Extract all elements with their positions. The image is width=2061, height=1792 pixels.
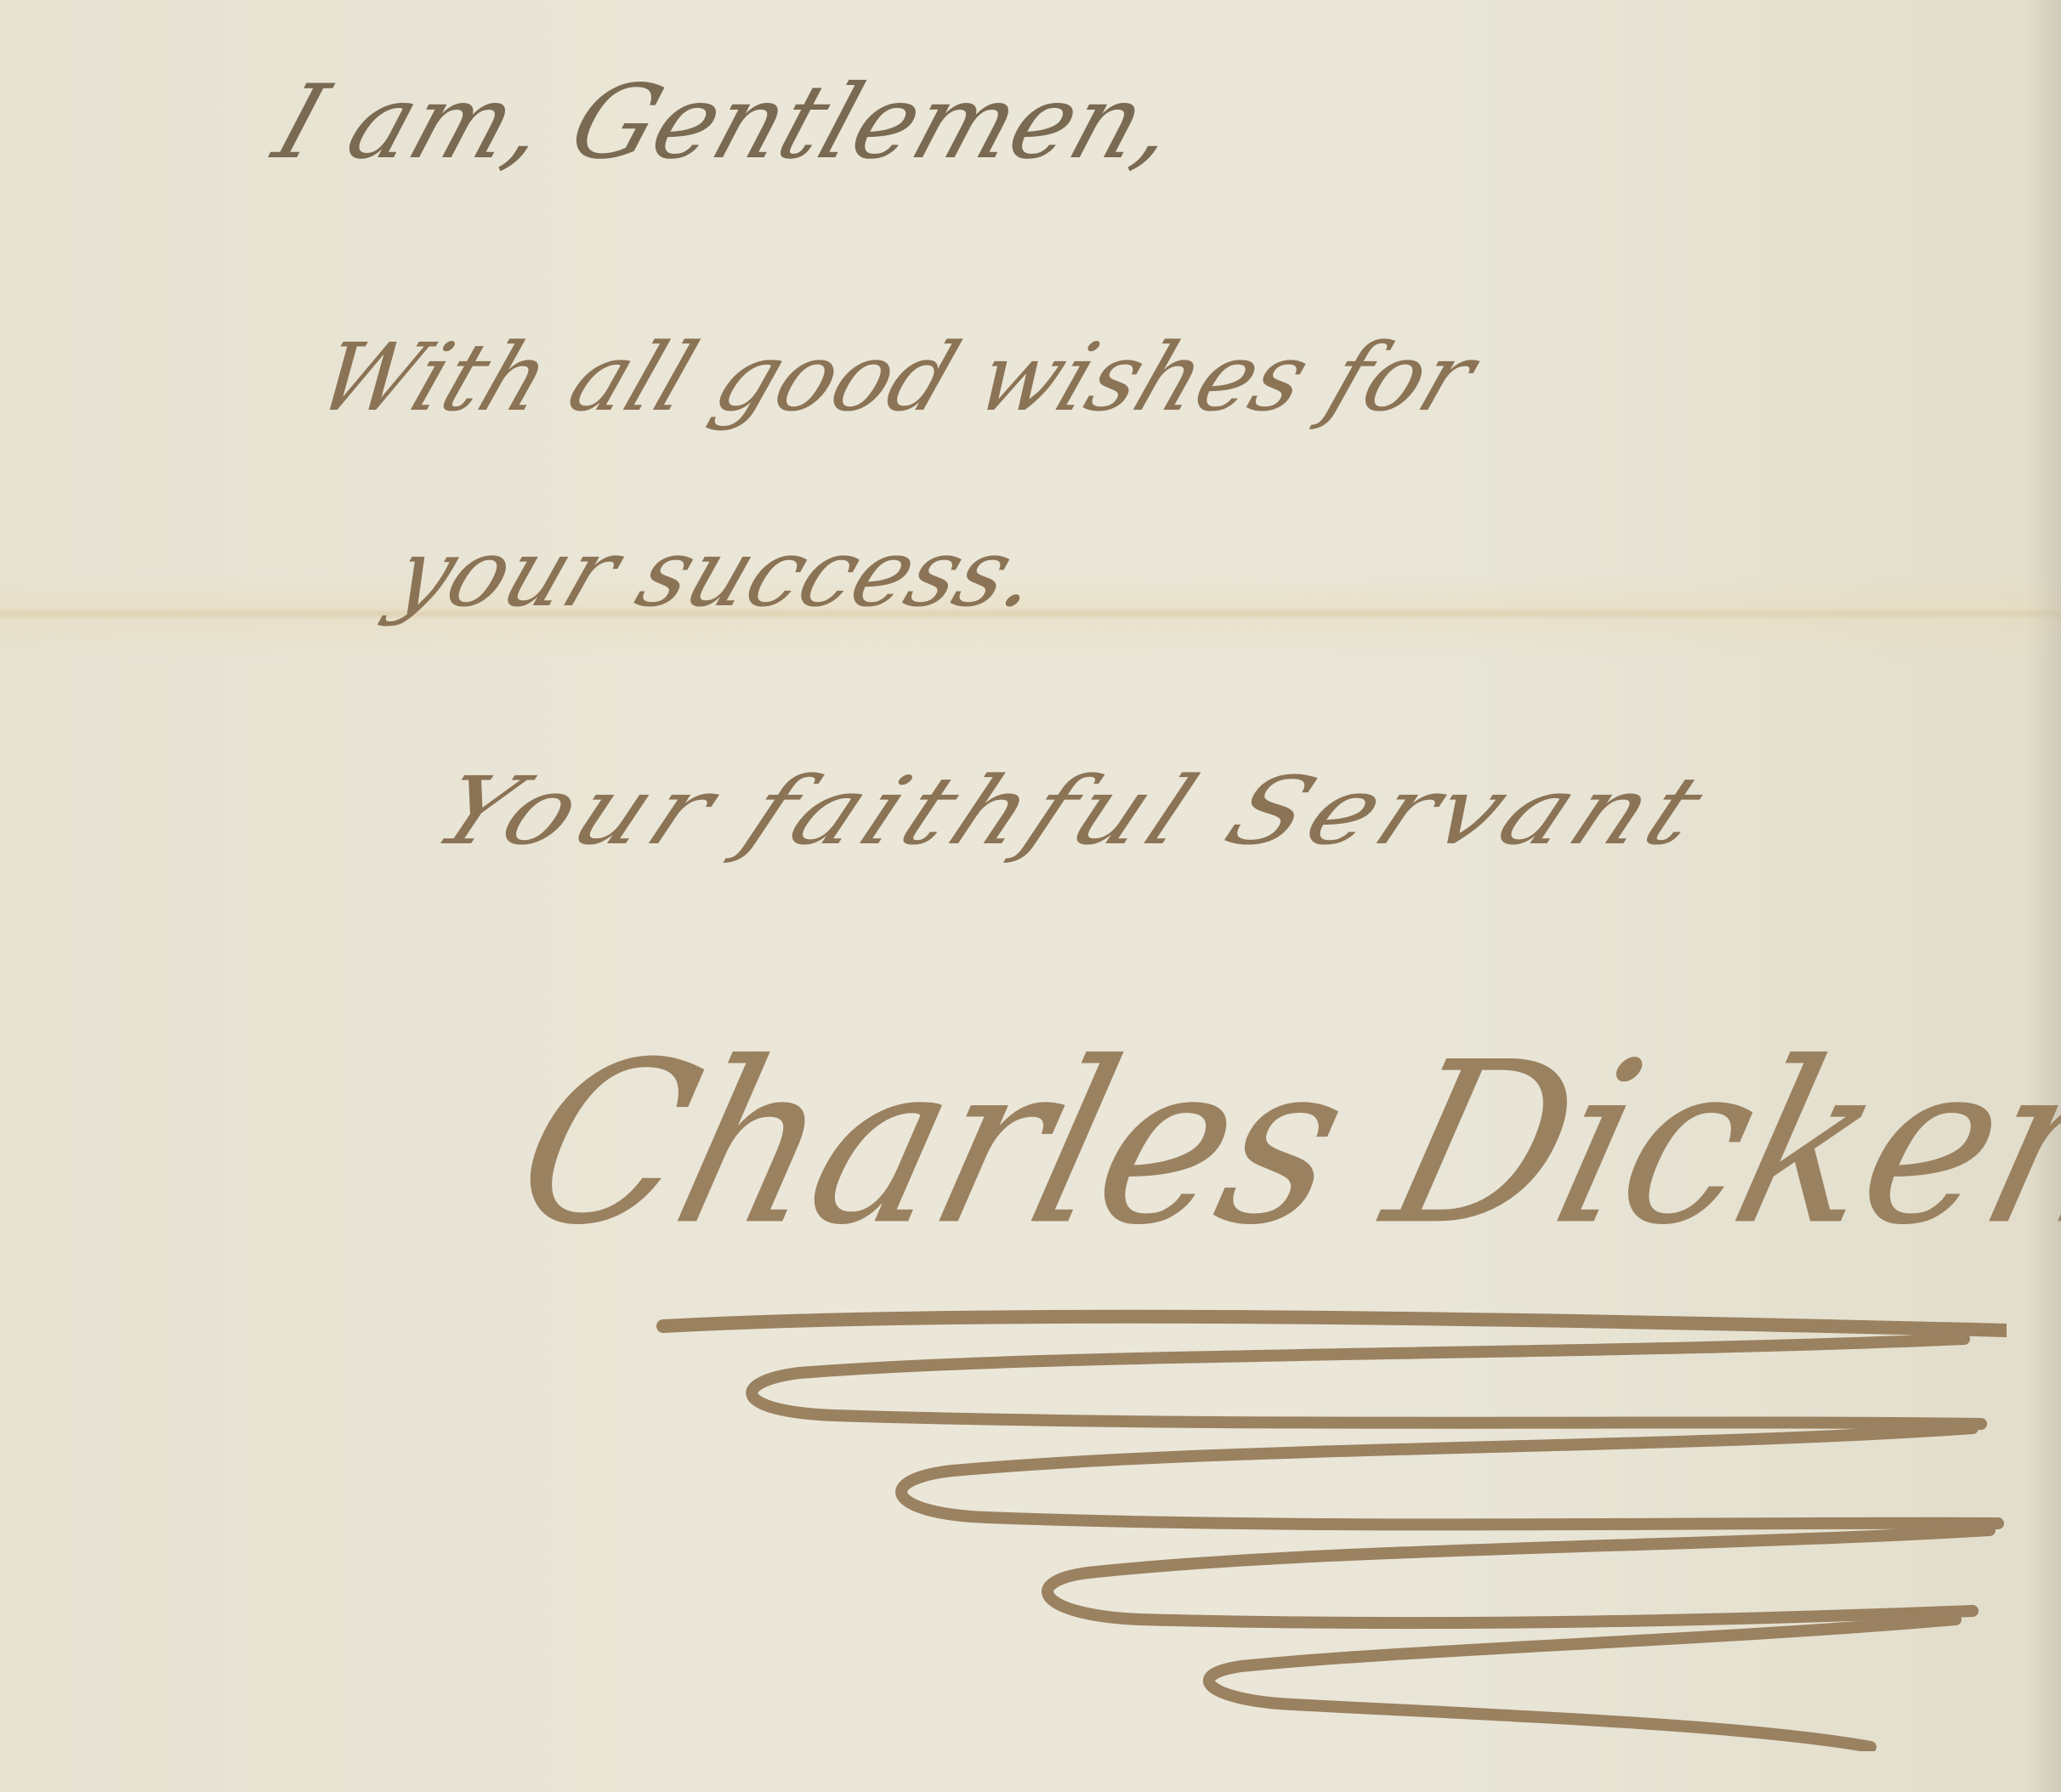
salutation-line: I am, Gentlemen, [261,64,1191,182]
paper-edge-shadow [2027,0,2061,1792]
paper-fold-crease [0,608,2061,620]
success-line: your success. [380,519,1058,627]
wishes-line: With all good wishes for [304,323,1490,432]
valediction-line: Your faithful Servant [418,757,1726,865]
letter-page: I am, Gentlemen, With all good wishes fo… [0,0,2061,1792]
signature: Charles Dickens [495,1014,2061,1274]
signature-flourish-icon [476,1275,2007,1751]
